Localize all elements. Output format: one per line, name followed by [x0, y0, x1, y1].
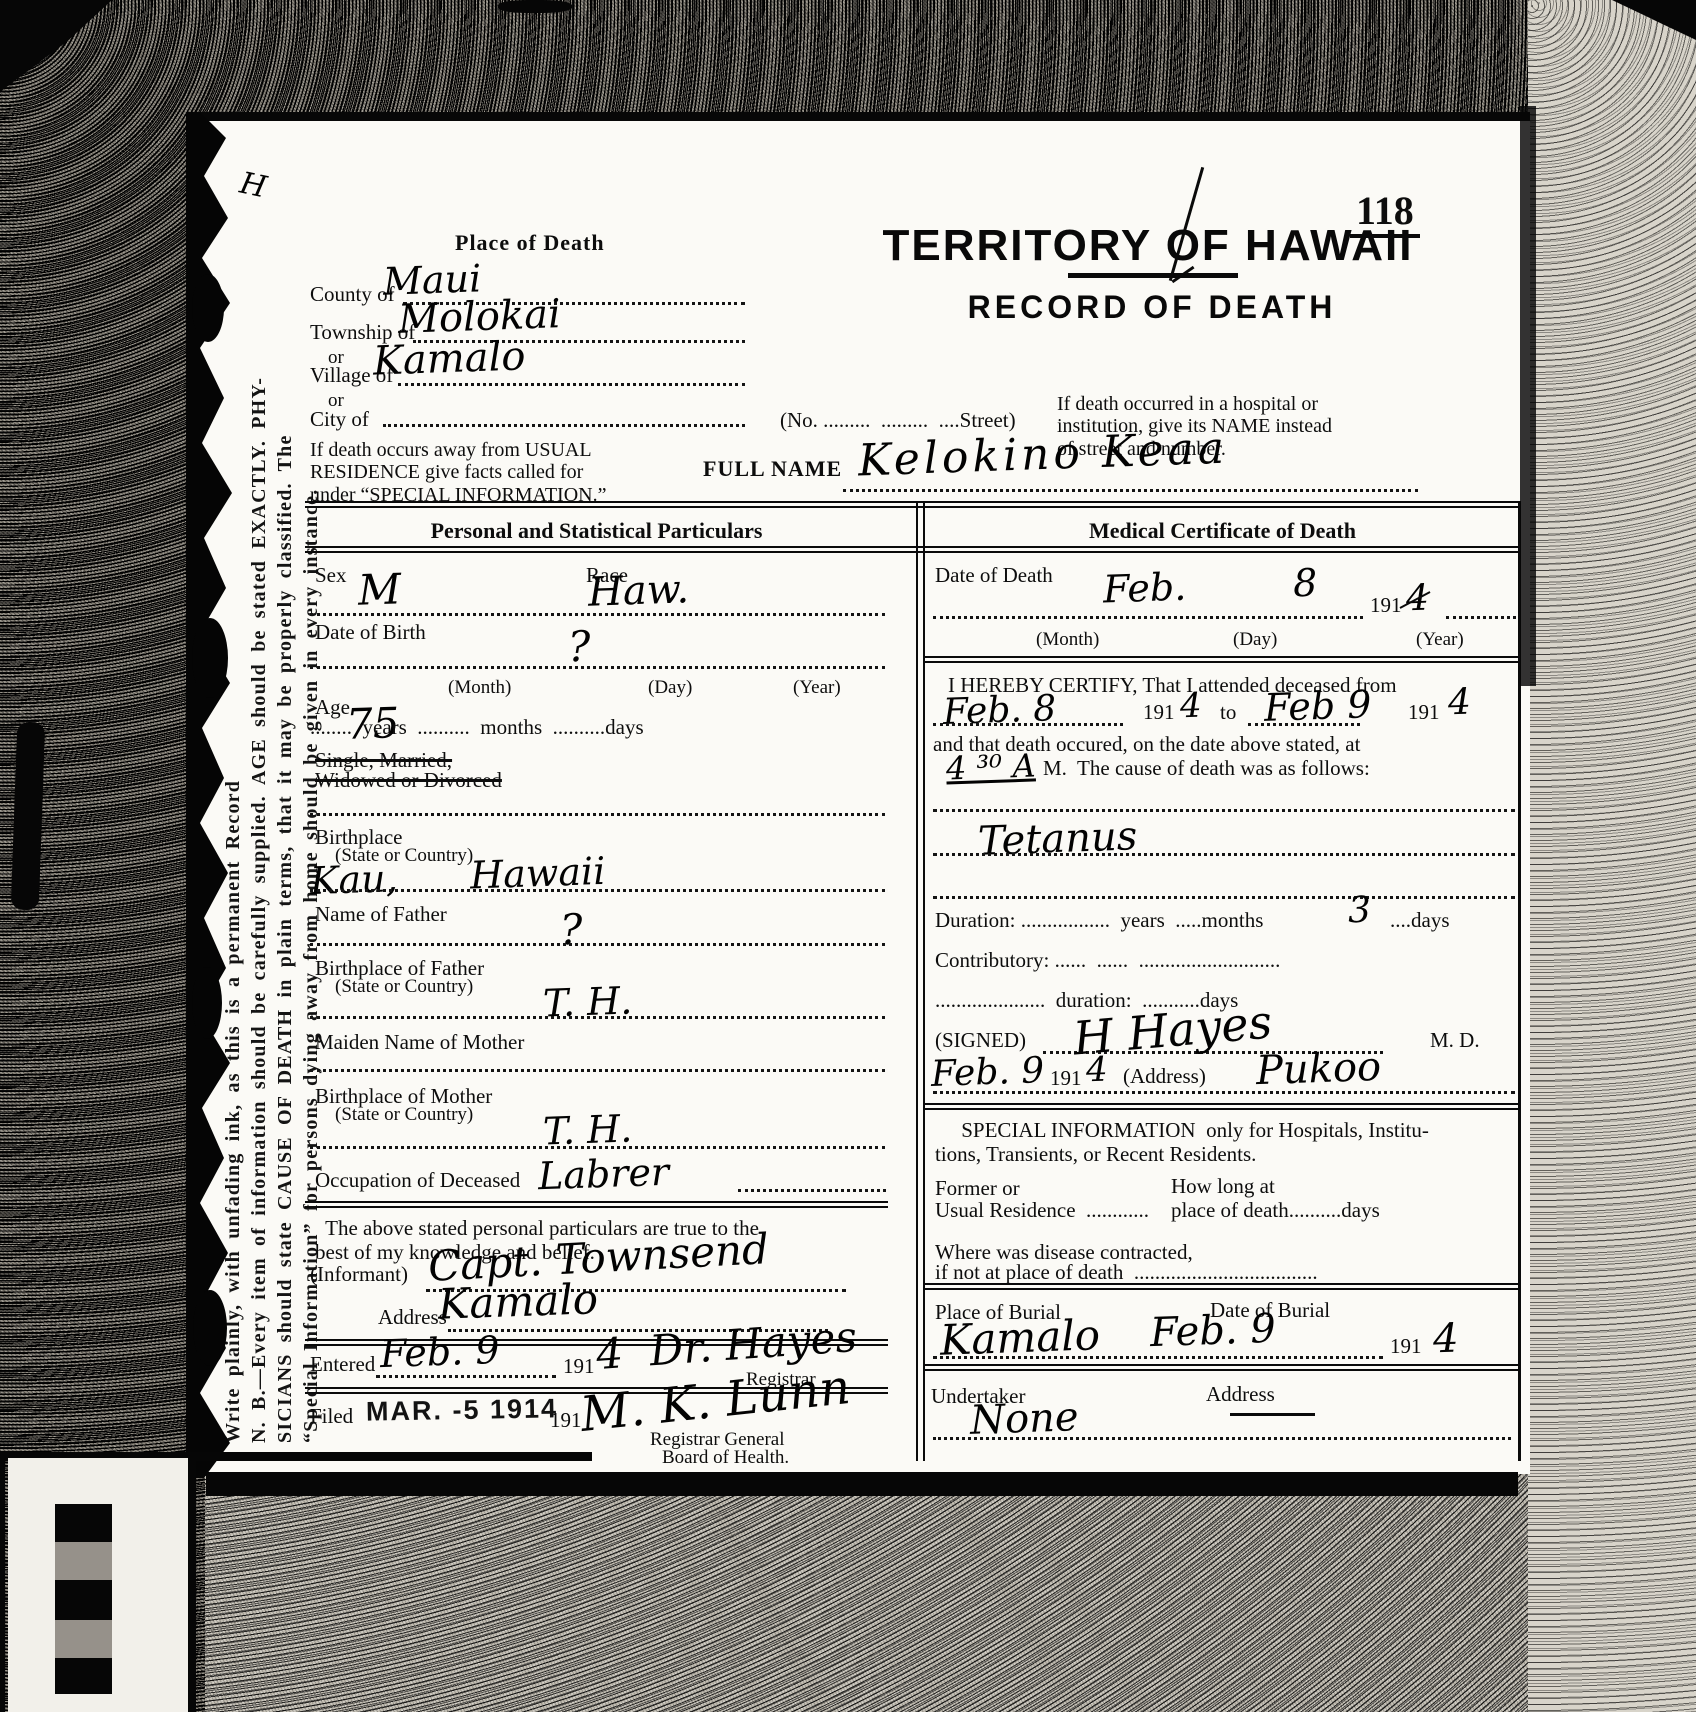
- to-year-value: 4: [1447, 685, 1471, 722]
- undertaker-address-dash: [1230, 1413, 1315, 1416]
- dotted-line: [376, 1375, 556, 1378]
- place-of-death-title: Place of Death: [455, 231, 605, 256]
- to-label: to: [1220, 701, 1236, 725]
- age-units: ........ years .......... months .......…: [310, 716, 644, 740]
- scanned-page: Write plainly, with unfading ink, as thi…: [0, 0, 1696, 1712]
- from-year-printed: 191: [1143, 701, 1175, 725]
- dotted-line: [310, 613, 885, 616]
- physician-address-value: Pukoo: [1255, 1047, 1381, 1091]
- signed-year-value: 4: [1085, 1053, 1108, 1088]
- how-long-label: How long at: [1171, 1175, 1275, 1199]
- dotted-line: [310, 1069, 885, 1072]
- contributory-line: Contributory: ...... ...... ............…: [935, 949, 1280, 973]
- paper-right-shadow: [1520, 106, 1536, 686]
- column-divider: [916, 501, 918, 1461]
- section-rule: [925, 1103, 1520, 1105]
- mother-name-label: Maiden Name of Mother: [315, 1031, 524, 1055]
- former-residence-label: Former or: [935, 1177, 1020, 1201]
- date-of-burial-value: Feb. 9: [1149, 1309, 1276, 1353]
- signed-date-value: Feb. 9: [930, 1053, 1044, 1093]
- dotted-line: [933, 896, 1515, 899]
- scan-noise-right: [1528, 0, 1696, 1712]
- sex-label: Sex: [315, 564, 347, 588]
- disease-contracted-line: if not at place of death ...............…: [935, 1261, 1318, 1285]
- birthplace-value: Kau, Hawaii: [309, 852, 606, 900]
- undertaker-value: None: [969, 1397, 1079, 1441]
- death-month-value: Feb.: [1102, 568, 1186, 609]
- entered-year-printed: 191: [563, 1355, 595, 1379]
- board-of-health-label: Board of Health.: [662, 1447, 789, 1468]
- calibration-strip-segment: [55, 1620, 112, 1658]
- month-label: (Month): [1036, 629, 1099, 650]
- section-rule: [925, 1369, 1520, 1371]
- scan-noise-top: [0, 0, 1696, 118]
- place-of-death-days-line: place of death..........days: [1171, 1199, 1380, 1223]
- township-value: Molokai: [397, 294, 561, 340]
- date-of-death-label: Date of Death: [935, 564, 1053, 588]
- section-rule: [305, 506, 1520, 508]
- dotted-line: [310, 813, 885, 816]
- medical-section-title: Medical Certificate of Death: [925, 519, 1520, 544]
- certificate-number: 118: [1350, 189, 1420, 238]
- from-year-value: 4: [1179, 689, 1202, 724]
- section-rule: [305, 501, 1520, 503]
- section-rule: [925, 1283, 1520, 1285]
- informant-address-label: Address: [378, 1306, 447, 1330]
- calibration-strip-segment: [55, 1658, 112, 1694]
- section-rule: [925, 1364, 1520, 1366]
- year-label: (Year): [793, 677, 841, 698]
- dotted-line: [933, 1091, 1515, 1094]
- dotted-line: [843, 489, 1418, 492]
- calibration-box-left-line: [0, 1456, 5, 1712]
- county-label: County of: [310, 283, 395, 307]
- no-street-label: (No. ......... ......... ....Street): [780, 409, 1016, 433]
- artifact-top-blob: [498, 0, 572, 13]
- informant-address-value: Kamalo: [437, 1278, 598, 1326]
- section-rule: [925, 1108, 1520, 1110]
- torn-edge: [180, 98, 250, 1488]
- dotted-line: [310, 889, 885, 892]
- duration-days-label: ....days: [1390, 909, 1450, 933]
- calibration-strip-segment: [55, 1580, 112, 1620]
- full-name-label: FULL NAME: [703, 457, 842, 482]
- entered-date-value: Feb. 9: [379, 1331, 500, 1373]
- day-label: (Day): [648, 677, 692, 698]
- section-rule: [305, 546, 1520, 548]
- signed-year-printed: 191: [1050, 1067, 1082, 1091]
- death-certificate: Write plainly, with unfading ink, as thi…: [198, 112, 1530, 1474]
- record-title: RECORD OF DEATH: [947, 289, 1357, 326]
- marital-status-struck: Widowed or Divorced: [315, 769, 502, 793]
- village-value: Kamalo: [372, 336, 526, 381]
- dotted-line: [383, 424, 745, 427]
- section-rule: [305, 551, 1520, 553]
- occupation-value: Labrer: [537, 1153, 669, 1196]
- section-rule: [305, 1201, 888, 1203]
- dotted-line: [310, 666, 885, 669]
- section-rule: [925, 656, 1520, 658]
- dotted-line: [398, 383, 745, 386]
- burial-year-printed: 191: [1390, 1335, 1422, 1359]
- burial-year-value: 4: [1432, 1319, 1459, 1360]
- race-value: Haw.: [587, 569, 689, 612]
- dotted-line: [933, 723, 1123, 726]
- full-name-value: Kelokino Keaa: [857, 427, 1228, 484]
- signed-label: (SIGNED): [935, 1029, 1026, 1053]
- dob-value: ?: [567, 626, 591, 669]
- dotted-line: [933, 1356, 1383, 1359]
- filed-year-printed: 191: [550, 1409, 582, 1433]
- state-or-country-label: (State or Country): [335, 1104, 473, 1125]
- section-rule: [925, 661, 1520, 663]
- md-label: M. D.: [1430, 1029, 1480, 1053]
- occupation-label: Occupation of Deceased: [315, 1169, 520, 1193]
- death-year-printed: 191: [1370, 594, 1402, 618]
- personal-section-title: Personal and Statistical Particulars: [305, 519, 888, 544]
- dotted-line: [738, 1189, 886, 1192]
- dotted-line: [310, 1016, 885, 1019]
- residence-note: If death occurs away from USUAL RESIDENC…: [310, 439, 606, 506]
- death-day-value: 8: [1292, 564, 1317, 603]
- duration-line: Duration: ................. years .....m…: [935, 909, 1263, 933]
- physician-address-label: (Address): [1123, 1065, 1206, 1089]
- father-name-label: Name of Father: [315, 903, 447, 927]
- special-information-note: SPECIAL INFORMATION only for Hospitals, …: [935, 1119, 1520, 1166]
- dotted-line: [933, 1437, 1511, 1440]
- state-or-country-label: (State or Country): [335, 976, 473, 997]
- year-label: (Year): [1416, 629, 1464, 650]
- entered-label: Entered: [310, 1353, 375, 1377]
- dotted-line: [933, 809, 1515, 812]
- column-divider: [923, 501, 925, 1461]
- filed-date-stamp: MAR. -5 1914: [366, 1393, 559, 1427]
- place-of-burial-value: Kamalo: [939, 1314, 1100, 1362]
- month-label: (Month): [448, 677, 511, 698]
- section-rule: [305, 1206, 888, 1208]
- dotted-line: [310, 943, 885, 946]
- undertaker-address-label: Address: [1206, 1383, 1275, 1407]
- usual-residence-line: Usual Residence ............: [935, 1199, 1149, 1223]
- to-year-printed: 191: [1408, 701, 1440, 725]
- mother-birthplace-value: T. H.: [542, 1109, 632, 1150]
- title-rule: [1068, 273, 1238, 278]
- paper-bottom-shadow: [206, 1472, 1518, 1496]
- attended-to-value: Feb 9: [1263, 685, 1372, 727]
- duration-days-value: 3: [1347, 893, 1371, 930]
- sex-value: M: [357, 568, 401, 611]
- day-label: (Day): [1233, 629, 1277, 650]
- calibration-strip-segment: [55, 1542, 112, 1580]
- dotted-line: [933, 616, 1363, 619]
- informant-label: (Informant): [310, 1263, 408, 1287]
- dob-label: Date of Birth: [315, 621, 426, 645]
- city-label: City of: [310, 408, 369, 432]
- dotted-line: [933, 853, 1515, 856]
- dotted-line: [1446, 616, 1516, 619]
- section-rule: [925, 1288, 1520, 1290]
- filed-label: Filed: [310, 1405, 353, 1429]
- cause-intro: M. The cause of death was as follows:: [1043, 757, 1370, 781]
- death-time-value: 4 ³⁰ A: [945, 749, 1036, 784]
- calibration-box-right-line: [188, 1461, 196, 1712]
- calibration-strip-segment: [55, 1504, 112, 1542]
- margin-note-line: SICIANS should state CAUSE OF DEATH in p…: [272, 153, 298, 1443]
- dotted-line: [310, 1146, 885, 1149]
